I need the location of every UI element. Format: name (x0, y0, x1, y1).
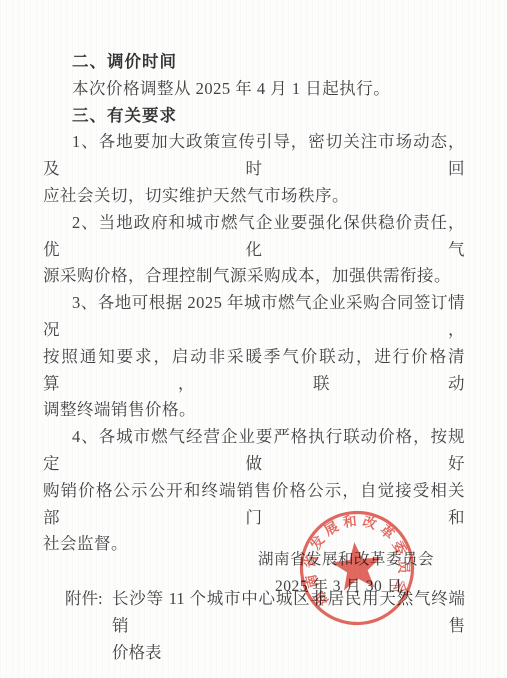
paragraph-line: 3、各地可根据 2025 年城市燃气企业采购合同签订情况， (43, 290, 465, 344)
paragraph-line: 按照通知要求，启动非采暖季气价联动，进行价格清算，联动 (43, 344, 465, 398)
paragraph-line: 4、各城市燃气经营企业要严格执行联动价格，按规定做好 (43, 424, 465, 478)
document-body: 二、调价时间本次价格调整从 2025 年 4 月 1 日起执行。三、有关要求1、… (0, 0, 507, 558)
attachment-line: 价格表 (112, 640, 465, 667)
document-page: 二、调价时间本次价格调整从 2025 年 4 月 1 日起执行。三、有关要求1、… (0, 0, 507, 678)
paragraph-line: 调整终端销售价格。 (43, 397, 465, 424)
official-seal-stamp: 湖南省发展和改革委员会 (289, 500, 425, 636)
section-heading: 二、调价时间 (43, 49, 465, 76)
paragraph-line: 2、当地政府和城市燃气企业要强化保供稳价责任，优化气 (43, 210, 465, 264)
section-heading: 三、有关要求 (43, 103, 465, 130)
paragraph-line: 本次价格调整从 2025 年 4 月 1 日起执行。 (43, 76, 465, 103)
attachment-label: 附件: (65, 586, 112, 666)
seal-star-icon (330, 540, 384, 592)
paragraph-line: 1、各地要加大政策宣传引导，密切关注市场动态，及时回 (43, 129, 465, 183)
paragraph-line: 源采购价格，合理控制气源采购成本，加强供需衔接。 (43, 263, 465, 290)
paragraph-line: 应社会关切，切实维护天然气市场秩序。 (43, 183, 465, 210)
